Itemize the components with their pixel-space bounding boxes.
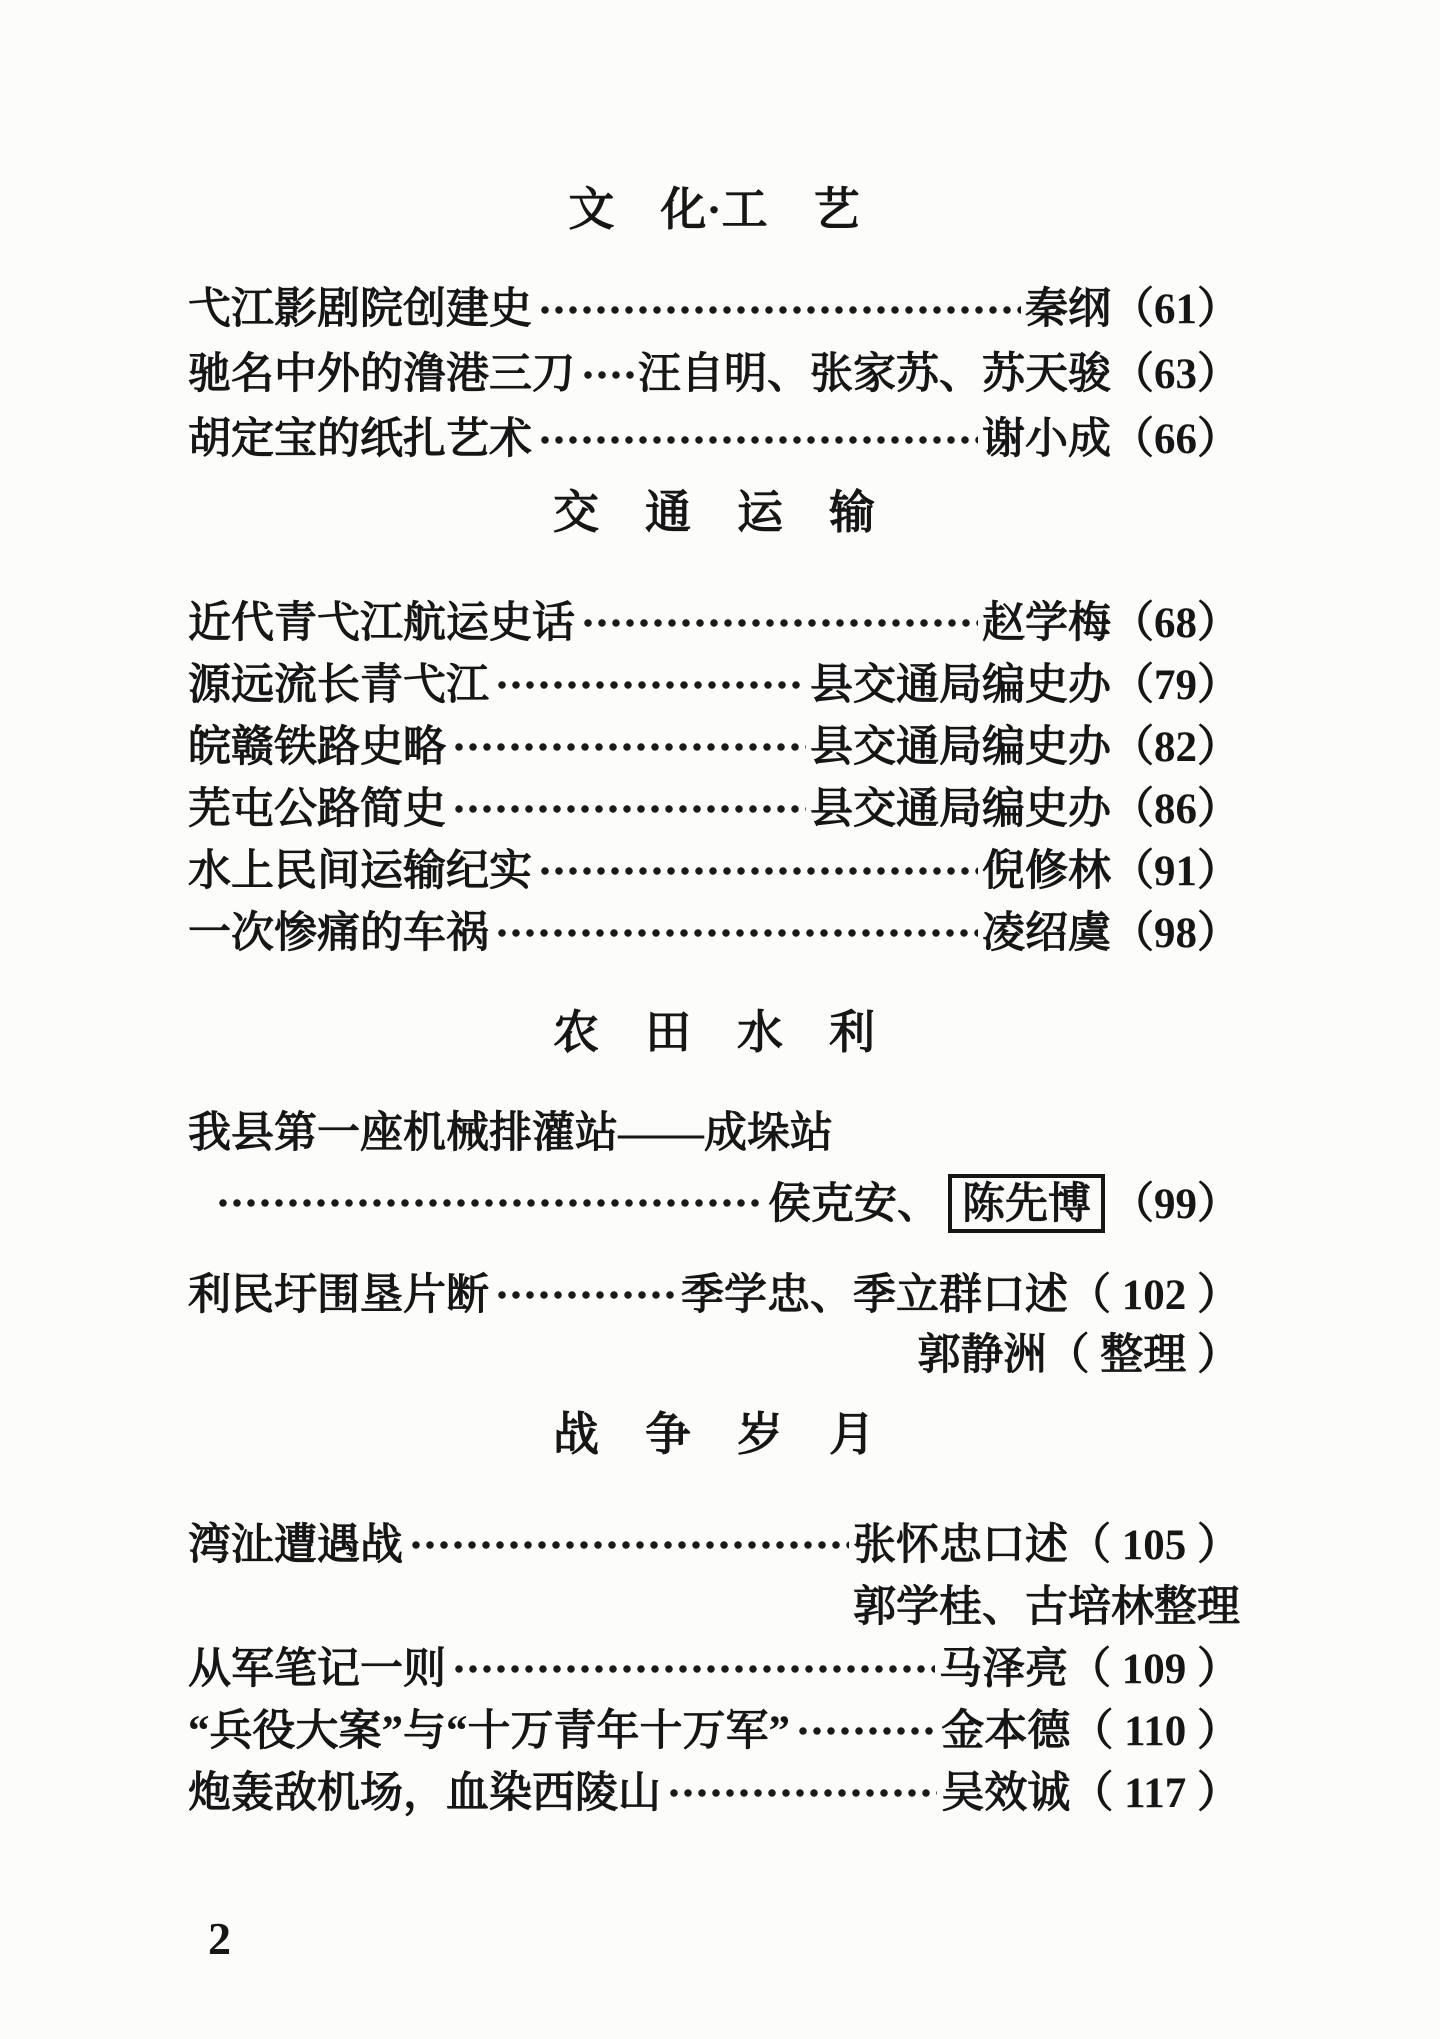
dot-leader — [536, 848, 978, 894]
page-number: 2 — [208, 1912, 231, 1965]
entry-author-page: 马泽亮（ 109 ） — [939, 1648, 1240, 1691]
entry-editor-note: 郭学桂、古培林整理 — [853, 1586, 1240, 1629]
toc-entry-author-line: 侯克安、陈先博（99） — [188, 1164, 1240, 1242]
toc-entry: 从军笔记一则 马泽亮（ 109 ） — [188, 1638, 1240, 1700]
entry-title: “兵役大案”与“十万青年十万军” — [188, 1710, 790, 1753]
entry-title: 水上民间运输纪实 — [188, 850, 532, 893]
toc-entry: 利民圩围垦片断 季学忠、季立群口述（ 102 ） — [188, 1264, 1240, 1326]
toc-entry: 皖赣铁路史略 县交通局编史办（82） — [188, 716, 1240, 778]
dot-leader — [579, 600, 978, 646]
entry-title: 利民圩围垦片断 — [188, 1274, 489, 1317]
entry-author-page: 张怀忠口述（ 105 ） — [853, 1524, 1240, 1567]
entry-author-page: 倪修林（91） — [982, 850, 1240, 893]
entry-author-page: 吴效诚（ 117 ） — [941, 1772, 1240, 1815]
toc-entry: 一次惨痛的车祸 凌绍虞（98） — [188, 902, 1240, 964]
toc-entry: 驰名中外的澛港三刀 汪自明、张家苏、苏天骏（63） — [188, 342, 1240, 407]
dot-leader — [536, 287, 1021, 333]
section-title-text: 农 田 水 利 — [553, 1007, 875, 1058]
toc-entry: 胡定宝的纸扎艺术 谢小成（66） — [188, 407, 1240, 472]
dot-leader — [214, 1180, 764, 1226]
dot-leader — [407, 1522, 849, 1568]
toc-entry-title-line: 我县第一座机械排灌站——成垛站 — [188, 1102, 1240, 1164]
section-title-farmland-water: 农 田 水 利 — [188, 1008, 1240, 1058]
section-title-text: 交 通 运 输 — [553, 487, 875, 538]
toc-entry: 炮轰敌机场，血染西陵山 吴效诚（ 117 ） — [188, 1762, 1240, 1824]
section-title-transportation: 交 通 运 输 — [188, 488, 1240, 538]
entry-title: 弋江影剧院创建史 — [188, 288, 532, 331]
toc-entry: “兵役大案”与“十万青年十万军” 金本德（ 110 ） — [188, 1700, 1240, 1762]
toc-entry: 源远流长青弋江 县交通局编史办（79） — [188, 654, 1240, 716]
entry-title: 我县第一座机械排灌站——成垛站 — [188, 1112, 833, 1155]
entry-title: 近代青弋江航运史话 — [188, 602, 575, 645]
entry-author-page: 县交通局编史办（79） — [810, 664, 1240, 707]
entry-author-page: 金本德（ 110 ） — [941, 1710, 1240, 1753]
dot-leader — [450, 786, 806, 832]
dot-leader — [794, 1708, 937, 1754]
dot-leader — [450, 1646, 935, 1692]
toc-entry-note: 郭学桂、古培林整理 — [188, 1576, 1240, 1638]
entry-author-page: 县交通局编史办（86） — [810, 788, 1240, 831]
dot-leader — [493, 910, 978, 956]
entry-author-page: 赵学梅（68） — [982, 602, 1240, 645]
section-title-text: 战 争 岁 月 — [553, 1409, 875, 1460]
entry-author-page: 秦纲（61） — [1025, 288, 1240, 331]
dot-leader — [579, 352, 634, 398]
toc-entry: 芜屯公路简史 县交通局编史办（86） — [188, 778, 1240, 840]
dot-leader — [493, 1272, 677, 1318]
toc-entry: 湾沚遭遇战 张怀忠口述（ 105 ） — [188, 1514, 1240, 1576]
entry-author-page: 侯克安、陈先博（99） — [768, 1174, 1240, 1233]
entry-page: （99） — [1111, 1181, 1240, 1228]
entry-editor-note: 郭静洲（ 整理 ） — [918, 1334, 1241, 1377]
entry-title: 源远流长青弋江 — [188, 664, 489, 707]
dot-leader — [493, 662, 806, 708]
boxed-author-name: 陈先博 — [948, 1174, 1105, 1233]
section-title-culture-crafts: 文 化·工 艺 — [188, 185, 1240, 235]
entry-author-page: 谢小成（66） — [982, 418, 1240, 461]
dot-leader — [536, 417, 978, 463]
toc-entry: 近代青弋江航运史话 赵学梅（68） — [188, 592, 1240, 654]
entry-author-prefix: 侯克安、 — [768, 1181, 940, 1228]
entry-title: 湾沚遭遇战 — [188, 1524, 403, 1567]
entry-author-page: 凌绍虞（98） — [982, 912, 1240, 955]
scanned-toc-page: 文 化·工 艺 弋江影剧院创建史 秦纲（61） 驰名中外的澛港三刀 汪自明、张家… — [0, 0, 1440, 2039]
toc-entry-note: 郭静洲（ 整理 ） — [188, 1326, 1240, 1384]
toc-entry: 水上民间运输纪实 倪修林（91） — [188, 840, 1240, 902]
entry-title: 一次惨痛的车祸 — [188, 912, 489, 955]
toc-entry: 弋江影剧院创建史 秦纲（61） — [188, 277, 1240, 342]
entry-title: 从军笔记一则 — [188, 1648, 446, 1691]
entry-title: 芜屯公路简史 — [188, 788, 446, 831]
entry-title: 驰名中外的澛港三刀 — [188, 353, 575, 396]
entry-title: 炮轰敌机场，血染西陵山 — [188, 1772, 661, 1815]
section-title-war-years: 战 争 岁 月 — [188, 1410, 1240, 1460]
entry-title: 皖赣铁路史略 — [188, 726, 446, 769]
dot-leader — [450, 724, 806, 770]
entry-title: 胡定宝的纸扎艺术 — [188, 418, 532, 461]
entry-author-page: 季学忠、季立群口述（ 102 ） — [681, 1274, 1240, 1317]
entry-author-page: 县交通局编史办（82） — [810, 726, 1240, 769]
dot-leader — [665, 1770, 937, 1816]
toc-content: 文 化·工 艺 弋江影剧院创建史 秦纲（61） 驰名中外的澛港三刀 汪自明、张家… — [188, 0, 1240, 1824]
entry-author-page: 汪自明、张家苏、苏天骏（63） — [638, 353, 1240, 396]
section-title-text: 文 化·工 艺 — [568, 184, 859, 235]
